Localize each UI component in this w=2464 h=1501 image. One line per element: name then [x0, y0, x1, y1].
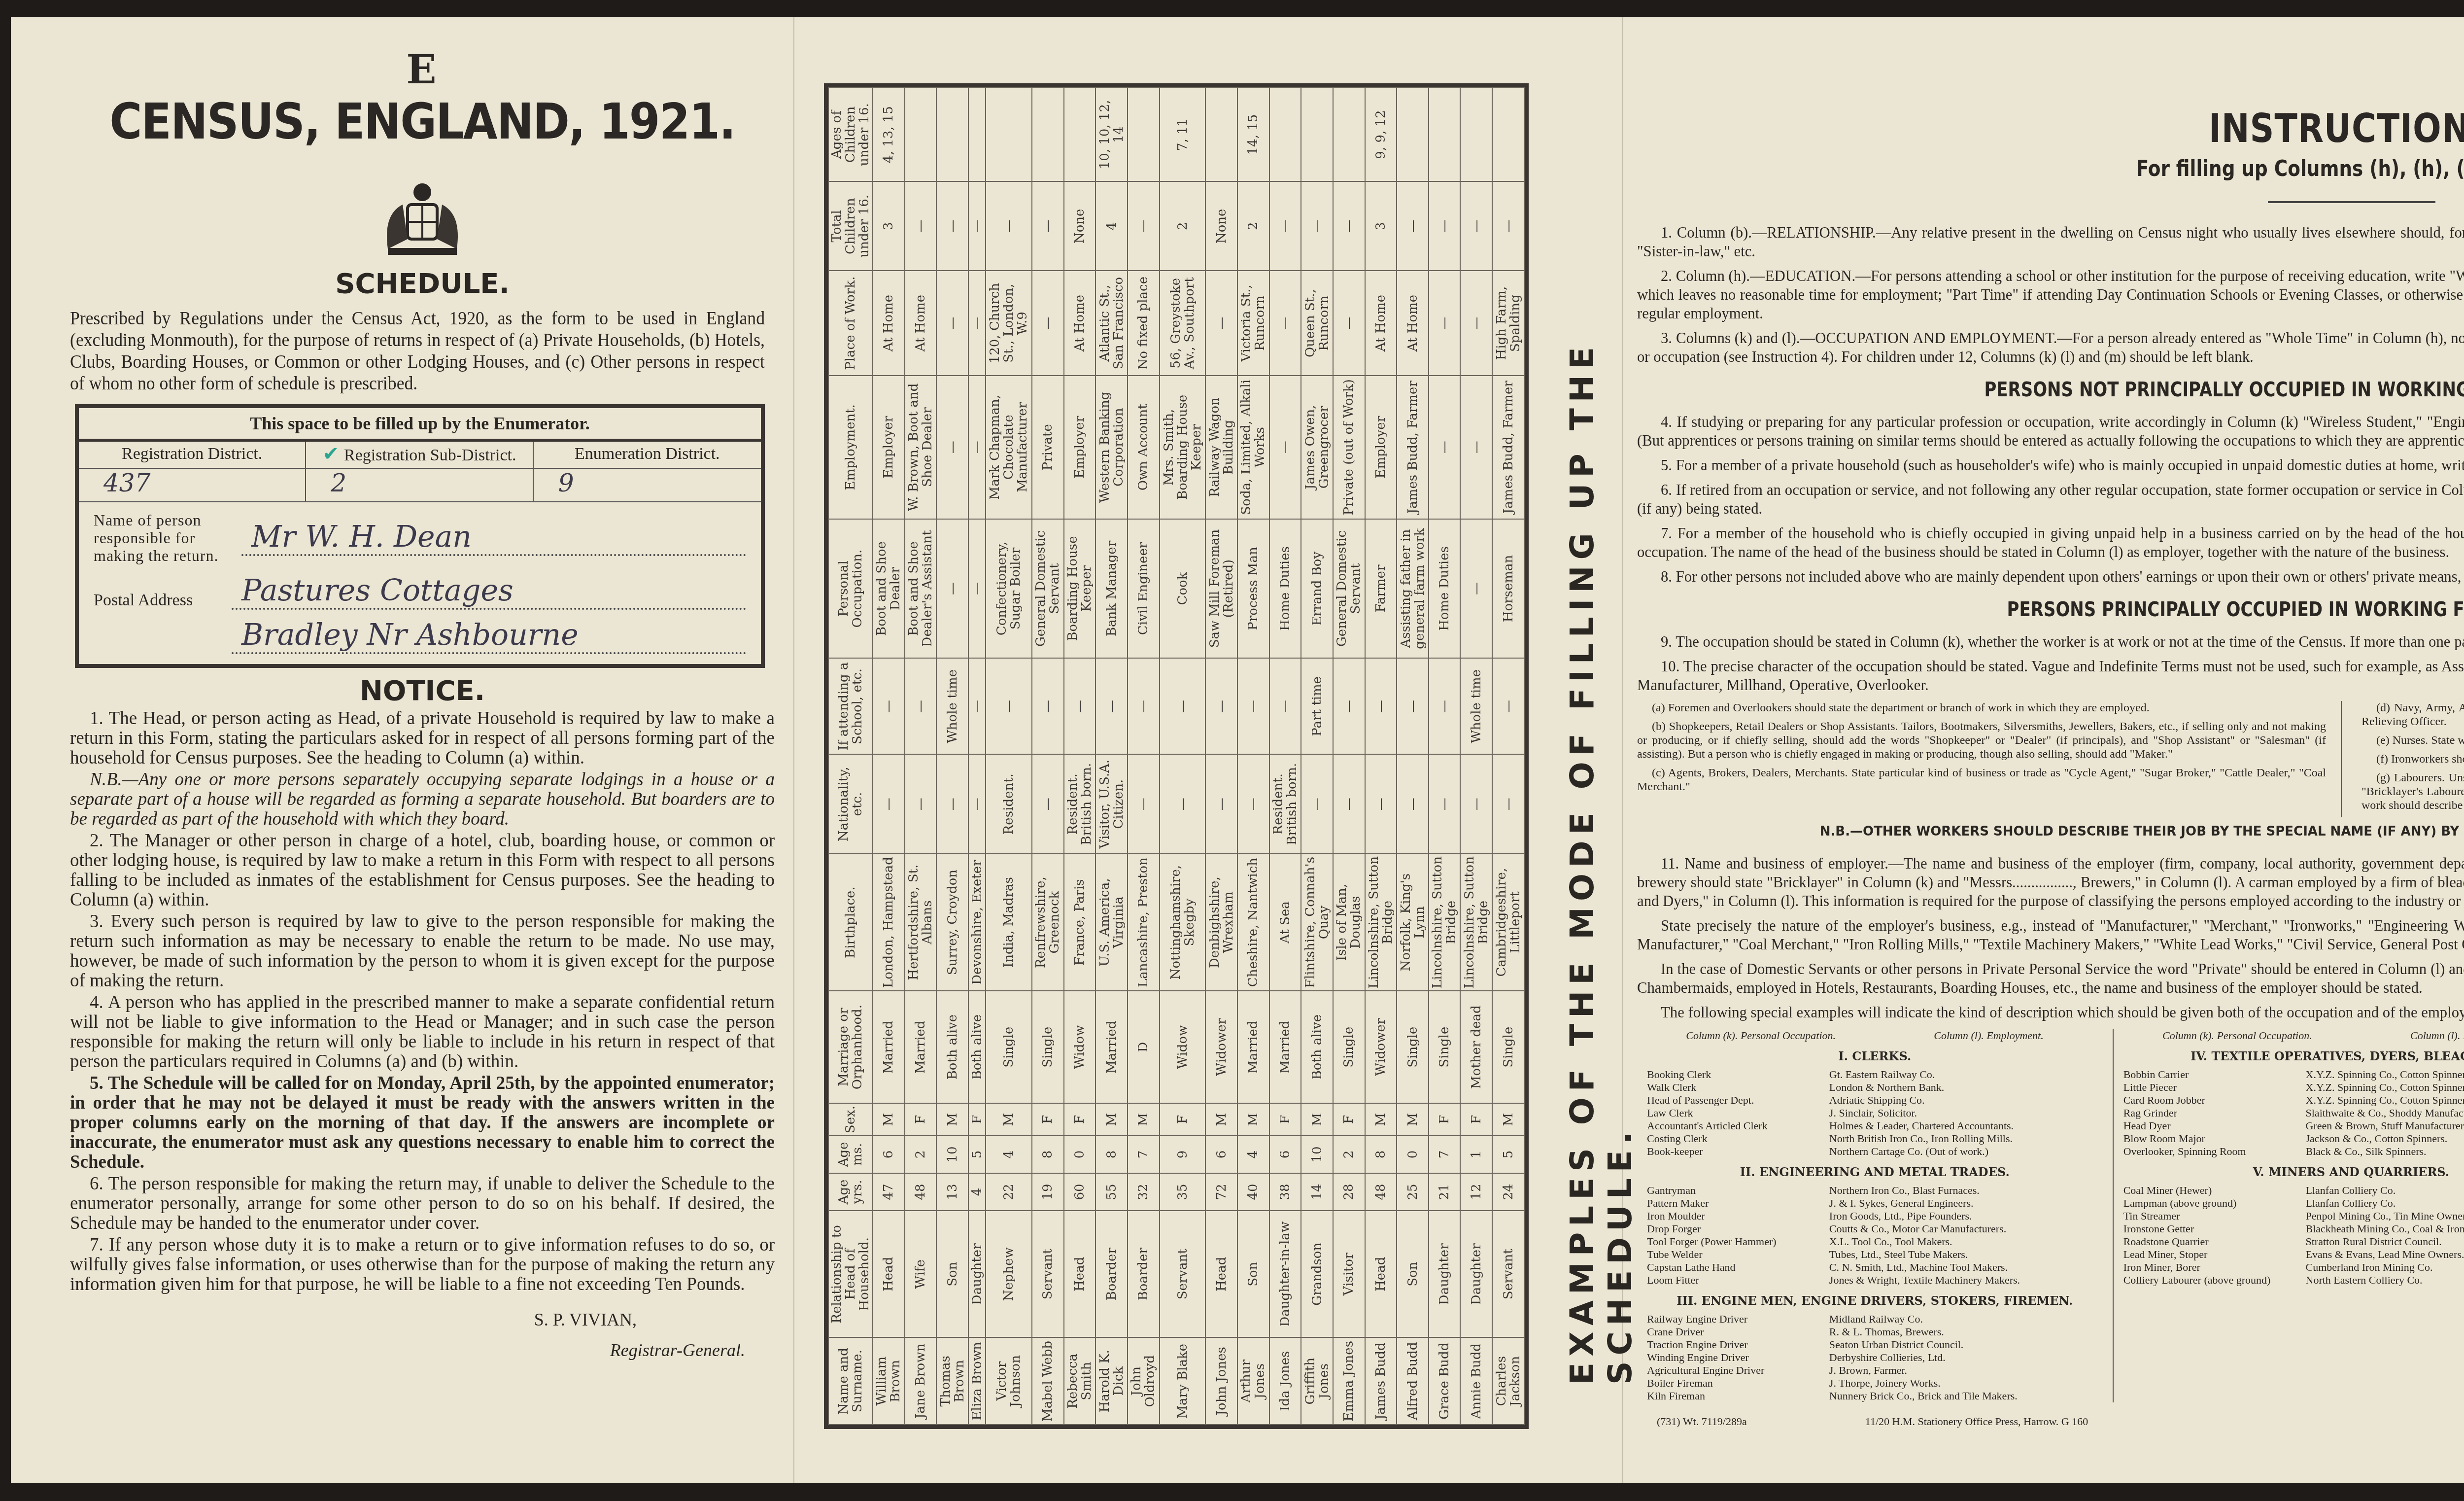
- col-header: Age yrs.: [828, 1173, 873, 1211]
- personal-occupation: Boiler Fireman: [1647, 1377, 1829, 1390]
- col-header: Age ms.: [828, 1136, 873, 1173]
- table-cell-place: Queen St., Runcorn: [1301, 271, 1333, 375]
- table-cell-rel: Head: [1064, 1211, 1096, 1337]
- col-header: Total Children under 16.: [828, 181, 873, 271]
- column-l-heading: Column (l). Employment.: [1875, 1029, 2102, 1042]
- personal-occupation: Agricultural Engine Driver: [1647, 1364, 1829, 1377]
- col-header: If attending a School, etc.: [828, 658, 873, 754]
- table-cell-rel: Grandson: [1301, 1211, 1333, 1337]
- table-cell-emp: —: [968, 376, 986, 519]
- table-cell-children: 3: [873, 181, 905, 271]
- responsible-person-field[interactable]: Mr W. H. Dean: [241, 520, 746, 556]
- table-cell-birth: U.S. America, Virginia: [1095, 854, 1128, 991]
- table-cell-ms: 7: [1429, 1136, 1461, 1173]
- table-cell-ms: 6: [1269, 1136, 1301, 1173]
- schedule-heading: SCHEDULE.: [70, 268, 775, 300]
- instruction-item: 3. Columns (k) and (l).—OCCUPATION AND E…: [1637, 328, 2464, 366]
- table-row: James BuddHead488MWidowerLincolnshire, S…: [1365, 88, 1397, 1425]
- table-cell-occ: Home Duties: [1429, 519, 1461, 659]
- table-cell-ms: 4: [986, 1136, 1032, 1173]
- table-cell-sex: M: [986, 1103, 1032, 1136]
- table-cell-occ: —: [936, 519, 968, 659]
- table-cell-occ: Saw Mill Foreman (Retired): [1205, 519, 1237, 659]
- occupation-row: Lead Miner, StoperEvans & Evans, Lead Mi…: [2123, 1248, 2464, 1261]
- table-cell-name: Arthur Jones: [1237, 1337, 1269, 1425]
- instruction-item: 6. If retired from an occupation or serv…: [1637, 480, 2464, 518]
- employment: Jones & Wright, Textile Machinery Makers…: [1829, 1274, 2103, 1287]
- table-cell-nat: —: [936, 754, 968, 854]
- table-cell-ages: 14, 15: [1237, 88, 1269, 181]
- table-cell-yrs: 19: [1032, 1173, 1064, 1211]
- census-schedule-sheet: E CENSUS, ENGLAND, 1921. SCHEDULE. Presc…: [11, 17, 2464, 1483]
- col-header: Sex.: [828, 1103, 873, 1136]
- divider: [2268, 201, 2435, 203]
- postal-address-line1-field[interactable]: Pastures Cottages: [232, 573, 746, 610]
- table-cell-rel: Head: [873, 1211, 905, 1337]
- table-cell-place: Atlantic St., San Francisco: [1095, 271, 1128, 375]
- table-cell-ms: 10: [936, 1136, 968, 1173]
- table-cell-yrs: 24: [1492, 1173, 1524, 1211]
- table-cell-ages: [1492, 88, 1524, 181]
- category-title: IV. TEXTILE OPERATIVES, DYERS, BLEACHERS…: [2123, 1049, 2464, 1063]
- col-header: Ages of Children under 16.: [828, 88, 873, 181]
- table-row: Eliza BrownDaughter45FBoth aliveDevonshi…: [968, 88, 986, 1425]
- table-row: Emma JonesVisitor282FSingleIsle of Man, …: [1333, 88, 1365, 1425]
- table-row: Jane BrownWife482FMarriedHertfordshire, …: [905, 88, 937, 1425]
- employment: Tubes, Ltd., Steel Tube Makers.: [1829, 1248, 2103, 1261]
- employment: North Eastern Colliery Co.: [2306, 1274, 2464, 1287]
- table-cell-ages: 7, 11: [1160, 88, 1206, 181]
- table-cell-nat: —: [1365, 754, 1397, 854]
- table-cell-ages: [1397, 88, 1429, 181]
- table-cell-marriage: Widow: [1160, 991, 1206, 1103]
- postal-address-line2-field[interactable]: Bradley Nr Ashbourne: [232, 618, 746, 654]
- table-cell-rel: Nephew: [986, 1211, 1032, 1337]
- table-cell-school: —: [905, 658, 937, 754]
- table-cell-marriage: Married: [1237, 991, 1269, 1103]
- table-cell-ms: 2: [905, 1136, 937, 1173]
- table-cell-emp: Own Account: [1128, 376, 1160, 519]
- employment: X.Y.Z. Spinning Co., Cotton Spinners.: [2306, 1068, 2464, 1081]
- table-cell-place: Victoria St., Runcorn: [1237, 271, 1269, 375]
- occupation-row: Head of Passenger Dept.Adriatic Shipping…: [1647, 1094, 2103, 1107]
- occupation-row: Tool Forger (Power Hammer)X.L. Tool Co.,…: [1647, 1235, 2103, 1248]
- example-column: Column (k). Personal Occupation.Column (…: [1637, 1029, 2114, 1402]
- personal-occupation: Tin Streamer: [2123, 1210, 2306, 1222]
- table-cell-name: Ida Jones: [1269, 1337, 1301, 1425]
- table-cell-children: None: [1205, 181, 1237, 271]
- table-cell-ms: 6: [873, 1136, 905, 1173]
- occupation-row: Rag GrinderSlaithwaite & Co., Shoddy Man…: [2123, 1107, 2464, 1119]
- personal-occupation: Iron Miner, Borer: [2123, 1261, 2306, 1274]
- table-cell-birth: London, Hampstead: [873, 854, 905, 991]
- table-cell-ms: 5: [968, 1136, 986, 1173]
- occupation-row: Ironstone GetterBlackheath Mining Co., C…: [2123, 1222, 2464, 1235]
- table-cell-name: Victor Johnson: [986, 1337, 1032, 1425]
- table-cell-marriage: Married: [905, 991, 937, 1103]
- personal-occupation: Tool Forger (Power Hammer): [1647, 1235, 1829, 1248]
- personal-occupation: Railway Engine Driver: [1647, 1313, 1829, 1326]
- instructions-title: INSTRUCTIONS: [1745, 105, 2464, 151]
- occupation-row: Book-keeperNorthern Cartage Co. (Out of …: [1647, 1145, 2103, 1158]
- table-cell-marriage: Both alive: [1301, 991, 1333, 1103]
- instruction-item: 9. The occupation should be stated in Co…: [1637, 632, 2464, 651]
- instruction-item: 11. Name and business of employer.—The n…: [1637, 854, 2464, 910]
- table-cell-emp: —: [936, 376, 968, 519]
- col-header: Birthplace.: [828, 854, 873, 991]
- occupation-row: Winding Engine DriverDerbyshire Collieri…: [1647, 1351, 2103, 1364]
- table-cell-yrs: 32: [1128, 1173, 1160, 1211]
- table-cell-ms: 6: [1205, 1136, 1237, 1173]
- table-cell-rel: Daughter: [968, 1211, 986, 1337]
- table-cell-yrs: 4: [968, 1173, 986, 1211]
- table-cell-name: Alfred Budd: [1397, 1337, 1429, 1425]
- table-cell-occ: Civil Engineer: [1128, 519, 1160, 659]
- table-cell-rel: Daughter-in-law: [1269, 1211, 1301, 1337]
- employment: Coutts & Co., Motor Car Manufacturers.: [1829, 1222, 2103, 1235]
- table-row: Harold K. DickBoarder558MMarriedU.S. Ame…: [1095, 88, 1128, 1425]
- occupation-row: Overlooker, Spinning RoomBlack & Co., Si…: [2123, 1145, 2464, 1158]
- print-code: (731) Wt. 7119/289a: [1657, 1415, 1747, 1428]
- table-cell-name: Charles Jackson: [1492, 1337, 1524, 1425]
- table-cell-children: —: [905, 181, 937, 271]
- column-k-heading: Column (k). Personal Occupation.: [2123, 1029, 2351, 1042]
- table-cell-name: William Brown: [873, 1337, 905, 1425]
- instruction-item: 10. The precise character of the occupat…: [1637, 657, 2464, 694]
- table-cell-occ: Home Duties: [1269, 519, 1301, 659]
- responsible-person-label: Name of person responsible for making th…: [94, 511, 241, 564]
- instructions-page: INSTRUCTIONS For filling up Columns (h),…: [1637, 105, 2464, 1428]
- table-cell-rel: Son: [1397, 1211, 1429, 1337]
- sub-item: (g) Labourers. Unskilled workers usually…: [2361, 771, 2464, 812]
- occupation-row: Costing ClerkNorth British Iron Co., Iro…: [1647, 1132, 2103, 1145]
- notice-list: 1. The Head, or person acting as Head, o…: [70, 709, 775, 1294]
- table-cell-school: Part time: [1301, 658, 1333, 754]
- table-cell-ages: [1032, 88, 1064, 181]
- table-cell-ages: [1205, 88, 1237, 181]
- table-cell-emp: James Owen, Greengrocer: [1301, 376, 1333, 519]
- table-cell-name: Mabel Webb: [1032, 1337, 1064, 1425]
- table-cell-marriage: Married: [873, 991, 905, 1103]
- table-cell-school: —: [1269, 658, 1301, 754]
- personal-occupation: Lead Miner, Stoper: [2123, 1248, 2306, 1261]
- enumerator-box-heading: This space to be filled up by the Enumer…: [79, 408, 761, 442]
- table-cell-marriage: Widower: [1205, 991, 1237, 1103]
- table-cell-occ: General Domestic Servant: [1032, 519, 1064, 659]
- table-cell-marriage: Married: [1269, 991, 1301, 1103]
- table-cell-emp: W. Brown, Boot and Shoe Dealer: [905, 376, 937, 519]
- table-cell-birth: At Sea: [1269, 854, 1301, 991]
- example-column: Column (k). Personal Occupation.Column (…: [2114, 1029, 2464, 1402]
- table-cell-ages: [1460, 88, 1492, 181]
- table-row: Griffith JonesGrandson1410MBoth aliveFli…: [1301, 88, 1333, 1425]
- personal-occupation: Walk Clerk: [1647, 1081, 1829, 1094]
- registration-subdistrict-field[interactable]: 2: [306, 469, 533, 501]
- employment: Stratton Rural District Council.: [2306, 1235, 2464, 1248]
- table-cell-ms: 0: [1064, 1136, 1096, 1173]
- employment: Adriatic Shipping Co.: [1829, 1094, 2103, 1107]
- table-cell-place: At Home: [873, 271, 905, 375]
- table-cell-yrs: 55: [1095, 1173, 1128, 1211]
- table-cell-nat: —: [1160, 754, 1206, 854]
- table-cell-ms: 0: [1397, 1136, 1429, 1173]
- enumerator-box: This space to be filled up by the Enumer…: [75, 404, 765, 668]
- table-cell-ages: [936, 88, 968, 181]
- notice-heading: NOTICE.: [70, 675, 775, 707]
- employment: Midland Railway Co.: [1829, 1313, 2103, 1326]
- occupation-row: Roadstone QuarrierStratton Rural Distric…: [2123, 1235, 2464, 1248]
- table-cell-rel: Servant: [1160, 1211, 1206, 1337]
- table-cell-rel: Daughter: [1460, 1211, 1492, 1337]
- signature-role: Registrar-General.: [70, 1340, 775, 1361]
- table-cell-emp: Employer: [1365, 376, 1397, 519]
- table-row: Thomas BrownSon1310MBoth aliveSurrey, Cr…: [936, 88, 968, 1425]
- table-cell-children: None: [1064, 181, 1096, 271]
- table-cell-name: Mary Blake: [1160, 1337, 1206, 1425]
- enumeration-district-field[interactable]: 9: [534, 469, 761, 501]
- personal-occupation: Colliery Labourer (above ground): [2123, 1274, 2306, 1287]
- occupation-row: Blow Room MajorJackson & Co., Cotton Spi…: [2123, 1132, 2464, 1145]
- employment: Blackheath Mining Co., Coal & Iron Mines…: [2306, 1222, 2464, 1235]
- table-cell-school: Whole time: [936, 658, 968, 754]
- table-row: Rebecca SmithHead600FWidowFrance, ParisR…: [1064, 88, 1096, 1425]
- personal-occupation: Coal Miner (Hewer): [2123, 1184, 2306, 1197]
- table-cell-yrs: 60: [1064, 1173, 1096, 1211]
- table-row: John JonesHead726MWidowerDenbighshire, W…: [1205, 88, 1237, 1425]
- fold-line: [793, 17, 794, 1483]
- category-title: II. ENGINEERING AND METAL TRADES.: [1647, 1165, 2103, 1179]
- notice-item: 7. If any person whose duty it is to mak…: [70, 1235, 775, 1294]
- table-cell-school: —: [1333, 658, 1365, 754]
- table-cell-name: James Budd: [1365, 1337, 1397, 1425]
- personal-occupation: Head Dyer: [2123, 1119, 2306, 1132]
- table-cell-children: —: [1301, 181, 1333, 271]
- table-cell-ages: [905, 88, 937, 181]
- table-cell-marriage: Single: [1492, 991, 1524, 1103]
- table-cell-birth: Denbighshire, Wrexham: [1205, 854, 1237, 991]
- personal-occupation: Pattern Maker: [1647, 1197, 1829, 1210]
- table-row: Victor JohnsonNephew224MSingleIndia, Mad…: [986, 88, 1032, 1425]
- table-cell-ages: [1128, 88, 1160, 181]
- table-cell-occ: Horseman: [1492, 519, 1524, 659]
- notice-item: N.B.—Any one or more persons separately …: [70, 770, 775, 829]
- category-title: V. MINERS AND QUARRIERS.: [2123, 1165, 2464, 1179]
- table-cell-children: —: [1397, 181, 1429, 271]
- table-cell-ms: 4: [1237, 1136, 1269, 1173]
- table-cell-place: 56, Greystoke Av., Southport: [1160, 271, 1206, 375]
- table-cell-nat: —: [1205, 754, 1237, 854]
- table-cell-name: Thomas Brown: [936, 1337, 968, 1425]
- table-row: Alfred BuddSon250MSingleNorfolk, King's …: [1397, 88, 1429, 1425]
- instruction-item: 8. For other persons not included above …: [1637, 567, 2464, 586]
- occupation-row: Law ClerkJ. Sinclair, Solicitor.: [1647, 1107, 2103, 1119]
- table-cell-ages: [968, 88, 986, 181]
- table-cell-rel: Boarder: [1095, 1211, 1128, 1337]
- employment: C. N. Smith, Ltd., Machine Tool Makers.: [1829, 1261, 2103, 1274]
- personal-occupation: Roadstone Quarrier: [2123, 1235, 2306, 1248]
- table-cell-occ: Boot and Shoe Dealer: [873, 519, 905, 659]
- table-cell-emp: —: [1269, 376, 1301, 519]
- table-cell-birth: Flintshire, Connah's Quay: [1301, 854, 1333, 991]
- personal-occupation: Card Room Jobber: [2123, 1094, 2306, 1107]
- col-header: Personal Occupation.: [828, 519, 873, 659]
- table-cell-emp: Soda, Limited, Alkali Works: [1237, 376, 1269, 519]
- table-cell-yrs: 35: [1160, 1173, 1206, 1211]
- occupation-row: Little PiecerX.Y.Z. Spinning Co., Cotton…: [2123, 1081, 2464, 1094]
- personal-occupation: Bobbin Carrier: [2123, 1068, 2306, 1081]
- table-cell-sex: M: [1301, 1103, 1333, 1136]
- category-title: III. ENGINE MEN, ENGINE DRIVERS, STOKERS…: [1647, 1293, 2103, 1308]
- table-cell-ages: 9, 9, 12: [1365, 88, 1397, 181]
- employment: Northern Cartage Co. (Out of work.): [1829, 1145, 2103, 1158]
- table-cell-rel: Son: [936, 1211, 968, 1337]
- employment: J. & I. Sykes, General Engineers.: [1829, 1197, 2103, 1210]
- table-cell-ms: 9: [1160, 1136, 1206, 1173]
- table-cell-occ: Confectionery, Sugar Boiler: [986, 519, 1032, 659]
- instruction-item: 2. Column (h).—EDUCATION.—For persons at…: [1637, 266, 2464, 322]
- table-cell-sex: M: [1365, 1103, 1397, 1136]
- table-cell-occ: Boarding House Keeper: [1064, 519, 1096, 659]
- table-cell-marriage: Mother dead: [1460, 991, 1492, 1103]
- employment: Green & Brown, Stuff Manufacturers.: [2306, 1119, 2464, 1132]
- table-cell-yrs: 38: [1269, 1173, 1301, 1211]
- table-cell-emp: Private (out of Work): [1333, 376, 1365, 519]
- table-cell-nat: —: [1301, 754, 1333, 854]
- instruction-item: In the case of Domestic Servants or othe…: [1637, 959, 2464, 997]
- table-row: William BrownHead476MMarriedLondon, Hamp…: [873, 88, 905, 1425]
- table-cell-ms: 8: [1095, 1136, 1128, 1173]
- occupation-row: Booking ClerkGt. Eastern Railway Co.: [1647, 1068, 2103, 1081]
- table-cell-place: —: [1205, 271, 1237, 375]
- table-cell-sex: F: [968, 1103, 986, 1136]
- table-cell-rel: Wife: [905, 1211, 937, 1337]
- table-cell-children: —: [1128, 181, 1160, 271]
- employment: Gt. Eastern Railway Co.: [1829, 1068, 2103, 1081]
- table-cell-name: John Jones: [1205, 1337, 1237, 1425]
- table-cell-children: —: [1429, 181, 1461, 271]
- postal-address-label: Postal Address: [94, 591, 232, 610]
- table-cell-place: —: [968, 271, 986, 375]
- table-cell-occ: General Domestic Servant: [1333, 519, 1365, 659]
- employment: Slaithwaite & Co., Shoddy Manufacturers.: [2306, 1107, 2464, 1119]
- table-cell-nat: —: [1237, 754, 1269, 854]
- table-row: Ida JonesDaughter-in-law386FMarriedAt Se…: [1269, 88, 1301, 1425]
- instruction-item: 4. If studying or preparing for any part…: [1637, 412, 2464, 450]
- table-cell-school: —: [873, 658, 905, 754]
- table-cell-birth: Devonshire, Exeter: [968, 854, 986, 991]
- table-cell-emp: Railway Wagon Building: [1205, 376, 1237, 519]
- table-cell-birth: France, Paris: [1064, 854, 1096, 991]
- table-cell-place: No fixed place: [1128, 271, 1160, 375]
- table-cell-ages: [986, 88, 1032, 181]
- personal-occupation: Drop Forger: [1647, 1222, 1829, 1235]
- table-cell-children: —: [968, 181, 986, 271]
- table-cell-yrs: 13: [936, 1173, 968, 1211]
- table-cell-school: —: [1429, 658, 1461, 754]
- table-cell-school: —: [1365, 658, 1397, 754]
- employment: X.Y.Z. Spinning Co., Cotton Spinners.: [2306, 1094, 2464, 1107]
- employment: J. Sinclair, Solicitor.: [1829, 1107, 2103, 1119]
- instruction-item: 1. Column (b).—RELATIONSHIP.—Any relativ…: [1637, 223, 2464, 260]
- table-cell-yrs: 47: [873, 1173, 905, 1211]
- table-cell-rel: Daughter: [1429, 1211, 1461, 1337]
- occupation-row: Crane DriverR. & L. Thomas, Brewers.: [1647, 1326, 2103, 1338]
- occupation-row: Pattern MakerJ. & I. Sykes, General Engi…: [1647, 1197, 2103, 1210]
- column-k-heading: Column (k). Personal Occupation.: [1647, 1029, 1875, 1042]
- table-cell-children: —: [1032, 181, 1064, 271]
- table-cell-birth: Lincolnshire, Sutton Bridge: [1429, 854, 1461, 991]
- notice-item: 2. The Manager or other person in charge…: [70, 831, 775, 910]
- employment: Derbyshire Collieries, Ltd.: [1829, 1351, 2103, 1364]
- table-cell-place: At Home: [1064, 271, 1096, 375]
- table-cell-sex: F: [1160, 1103, 1206, 1136]
- employment: London & Northern Bank.: [1829, 1081, 2103, 1094]
- table-cell-sex: F: [1032, 1103, 1064, 1136]
- notice-item: 3. Every such person is required by law …: [70, 912, 775, 991]
- table-cell-yrs: 48: [905, 1173, 937, 1211]
- table-cell-place: —: [1269, 271, 1301, 375]
- table-cell-nat: Resident.: [986, 754, 1032, 854]
- column-l-heading: Column (l). Employment.: [2351, 1029, 2464, 1042]
- table-cell-school: —: [968, 658, 986, 754]
- table-cell-children: 2: [1160, 181, 1206, 271]
- personal-occupation: Kiln Fireman: [1647, 1390, 1829, 1402]
- table-cell-nat: —: [905, 754, 937, 854]
- table-cell-name: Emma Jones: [1333, 1337, 1365, 1425]
- table-cell-sex: M: [1237, 1103, 1269, 1136]
- table-cell-marriage: Widow: [1064, 991, 1096, 1103]
- table-cell-marriage: Single: [1032, 991, 1064, 1103]
- employment: Nunnery Brick Co., Brick and Tile Makers…: [1829, 1390, 2103, 1402]
- table-cell-children: —: [936, 181, 968, 271]
- table-cell-nat: —: [1429, 754, 1461, 854]
- instructions-body: 1. Column (b).—RELATIONSHIP.—Any relativ…: [1637, 223, 2464, 1021]
- table-cell-marriage: D: [1128, 991, 1160, 1103]
- table-cell-sex: F: [1460, 1103, 1492, 1136]
- table-cell-nat: —: [1032, 754, 1064, 854]
- table-cell-emp: Western Banking Corporation: [1095, 376, 1128, 519]
- employment: X.L. Tool Co., Tool Makers.: [1829, 1235, 2103, 1248]
- preamble-text: Prescribed by Regulations under the Cens…: [70, 308, 765, 394]
- instruction-item: 5. For a member of a private household (…: [1637, 455, 2464, 474]
- table-cell-rel: Son: [1237, 1211, 1269, 1337]
- table-cell-nat: —: [968, 754, 986, 854]
- table-cell-school: —: [1064, 658, 1096, 754]
- occupation-row: Colliery Labourer (above ground)North Ea…: [2123, 1274, 2464, 1287]
- table-cell-occ: —: [968, 519, 986, 659]
- category-title: I. CLERKS.: [1647, 1049, 2103, 1063]
- table-cell-rel: Head: [1365, 1211, 1397, 1337]
- table-cell-sex: M: [1095, 1103, 1128, 1136]
- occupation-row: Railway Engine DriverMidland Railway Co.: [1647, 1313, 2103, 1326]
- table-cell-place: High Farm, Spalding: [1492, 271, 1524, 375]
- registration-district-field[interactable]: 437: [79, 469, 306, 501]
- notice-item: 6. The person responsible for making the…: [70, 1174, 775, 1233]
- table-cell-yrs: 40: [1237, 1173, 1269, 1211]
- table-cell-children: 2: [1237, 181, 1269, 271]
- table-cell-name: John Oldroyd: [1128, 1337, 1160, 1425]
- table-cell-yrs: 72: [1205, 1173, 1237, 1211]
- table-cell-occ: Process Man: [1237, 519, 1269, 659]
- col-header: Employment.: [828, 376, 873, 519]
- table-cell-ms: 1: [1460, 1136, 1492, 1173]
- table-cell-birth: Isle of Man, Douglas: [1333, 854, 1365, 991]
- table-row: John OldroydBoarder327MDLancashire, Pres…: [1128, 88, 1160, 1425]
- table-cell-sex: F: [1333, 1103, 1365, 1136]
- occupation-row: Capstan Lathe HandC. N. Smith, Ltd., Mac…: [1647, 1261, 2103, 1274]
- col-header: Nationality, etc.: [828, 754, 873, 854]
- personal-occupation: Ironstone Getter: [2123, 1222, 2306, 1235]
